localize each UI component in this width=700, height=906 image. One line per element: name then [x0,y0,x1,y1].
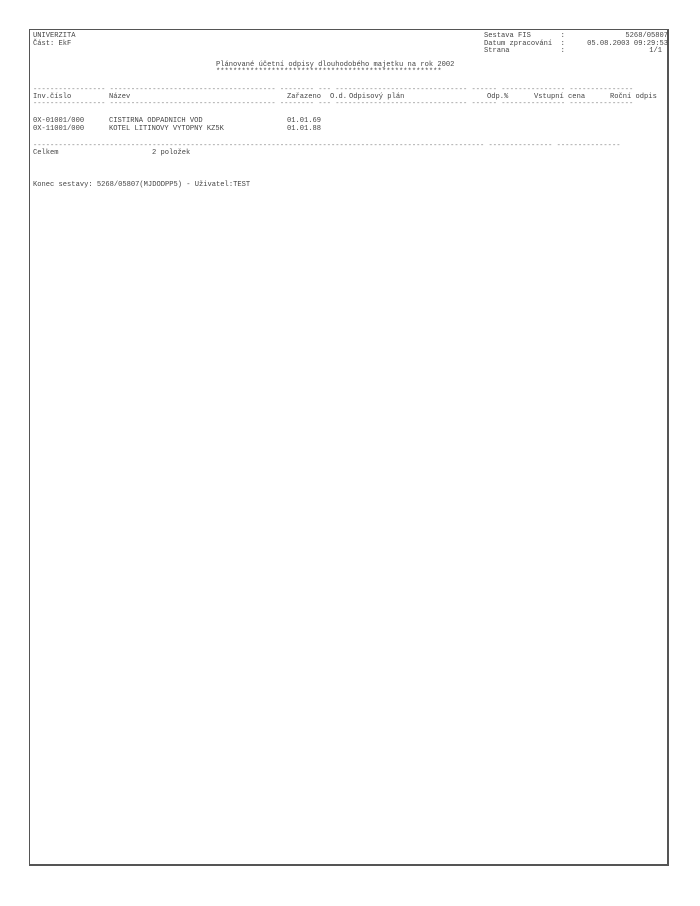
total-rule: ----------------------------------------… [33,143,620,151]
meta-label-2: Strana : [484,48,565,56]
report-footer: Konec sestavy: 5268/05807(MJDODPP5) - Už… [33,182,250,190]
org-part: Část: EkF [33,41,71,49]
meta-value-page: 1/1 [649,48,662,56]
total-label: Celkem [33,150,59,158]
total-count: 2 položek [152,150,190,158]
title-underline: ****************************************… [216,69,442,77]
row-1-name: KOTEL LITINOVY VYTOPNY KZ5K [109,126,224,134]
row-1-date: 01.01.88 [287,126,321,134]
report-page [29,29,669,866]
header-rule-bottom: ----------------- ----------------------… [33,101,633,109]
row-1-inv: 0X-11001/000 [33,126,84,134]
